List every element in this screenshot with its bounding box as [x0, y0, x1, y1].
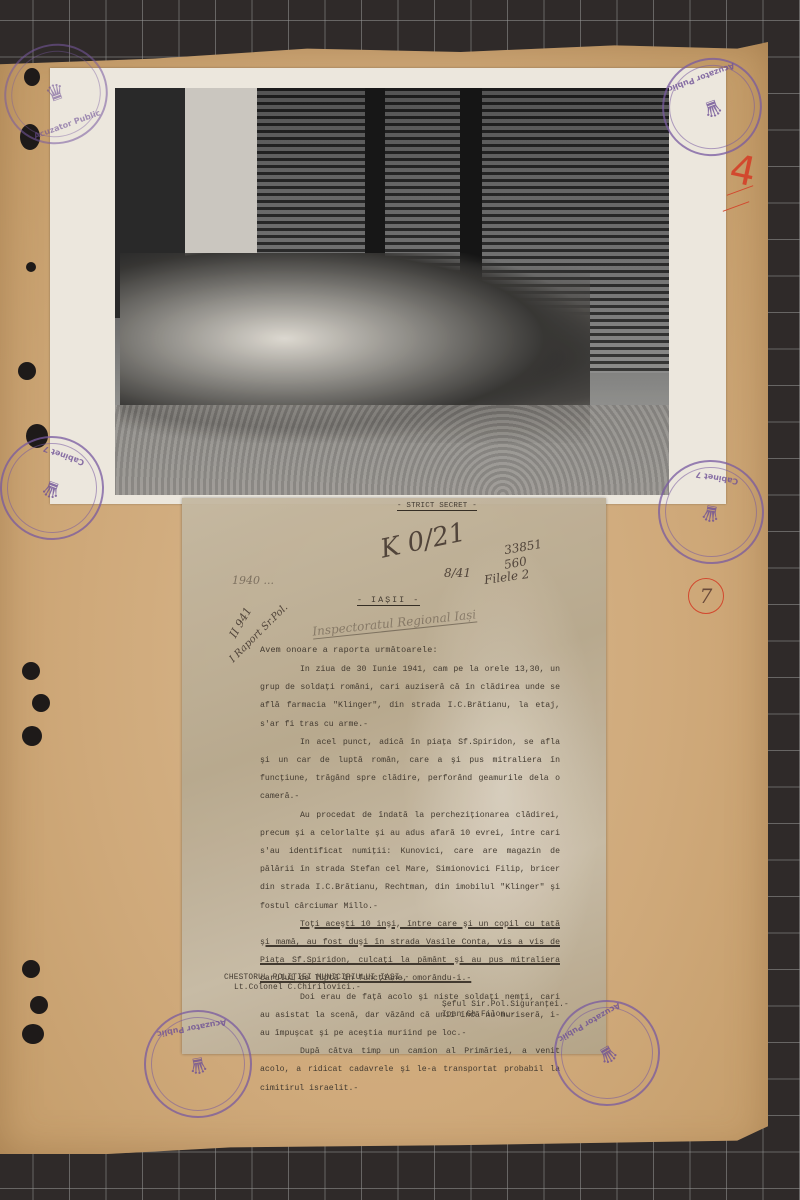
signature-right-title: Șeful Sir.Pol.Siguranţei.-	[442, 1001, 569, 1009]
circled-page-number: 7	[688, 578, 724, 614]
classification-header: - STRICT SECRET -	[397, 502, 477, 511]
crest-icon: ♛	[39, 473, 66, 502]
handwritten-left-note: 1940 ...	[232, 574, 274, 587]
handwritten-number: 8/41	[444, 566, 471, 580]
binder-hole	[22, 662, 40, 680]
handwritten-reference: K 0/21	[378, 517, 468, 564]
binder-hole	[30, 996, 48, 1014]
crest-icon: ♛	[186, 1050, 210, 1077]
signature-left-title: CHESTORUL POLIȚIEI MUNICIPIULUI IAȘI.-	[224, 974, 409, 982]
historical-photograph	[115, 88, 669, 495]
crest-icon: ♛	[43, 79, 70, 108]
police-report-document: - STRICT SECRET - K 0/21 8/41 33851 560 …	[182, 498, 606, 1054]
handwritten-pages: Filele 2	[483, 567, 530, 587]
paragraph-2: In acel punct, adică în piaţa Sf.Spirido…	[260, 734, 560, 807]
crest-icon: ♛	[699, 498, 723, 525]
binder-hole	[26, 262, 36, 272]
binder-hole	[18, 362, 36, 380]
salutation: Avem onoare a raporta următoarele:	[260, 645, 438, 655]
binder-hole	[32, 694, 50, 712]
binder-hole	[22, 960, 40, 978]
binder-hole	[22, 726, 42, 746]
signature-right-name: Ioan Gh.Filon.-	[442, 1011, 515, 1019]
signature-left-name: Lt.Colonel C.Chirilovici.-	[234, 984, 361, 992]
handwritten-subtitle: Inspectoratul Regional Iași	[312, 607, 477, 639]
paragraph-3: Au procedat de îndată la percheziţionare…	[260, 807, 560, 916]
paragraph-1: In ziua de 30 Iunie 1941, cam pe la orel…	[260, 661, 560, 734]
crest-icon: ♛	[592, 1038, 621, 1069]
document-title: - IAȘII -	[357, 595, 420, 606]
report-body: In ziua de 30 Iunie 1941, cam pe la orel…	[260, 661, 560, 1098]
crest-icon: ♛	[699, 92, 726, 121]
photo-street	[115, 405, 669, 495]
paragraph-6: După câtva timp un camion al Primăriei, …	[260, 1043, 560, 1098]
binder-hole	[22, 1024, 44, 1044]
